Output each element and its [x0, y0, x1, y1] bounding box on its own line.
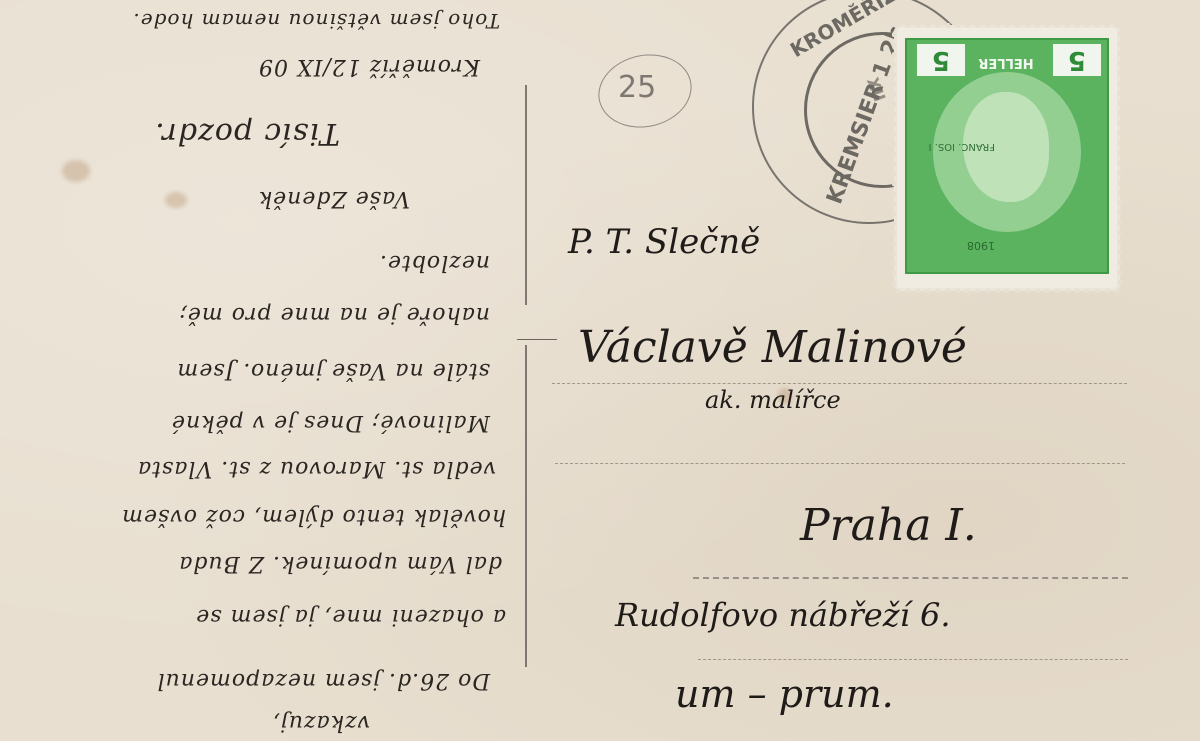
- stamp-design: 5 5 HELLER 1908 FRANC. IOS. I: [905, 38, 1109, 274]
- message-line: Vaše Zdeněk: [258, 186, 410, 211]
- address-city: Praha I.: [800, 500, 977, 551]
- divider-tick: [517, 339, 557, 340]
- address-name: Václavě Malinové: [578, 322, 967, 373]
- postage-stamp: 5 5 HELLER 1908 FRANC. IOS. I: [897, 28, 1117, 288]
- message-line: dal Vám upomínek. Z Buda: [178, 551, 502, 576]
- message-line: nezlobte.: [379, 250, 490, 275]
- stamp-value: 5: [1053, 44, 1101, 76]
- stamp-year: 1908: [967, 239, 995, 252]
- message-line: a ohazeni mne, ja jsem se: [195, 604, 506, 629]
- message-line: nahoře je na mne pro mě;: [178, 302, 490, 327]
- stamp-portrait-name: FRANC. IOS. I: [929, 140, 995, 152]
- pencil-note: 25: [618, 70, 656, 105]
- message-area: vzkazuj, Do 26.d. jsem nezapomenul a oha…: [0, 0, 520, 741]
- stamp-denomination: HELLER: [971, 55, 1041, 70]
- address-salutation: P. T. Slečně: [568, 222, 760, 262]
- address-dotted-line: [555, 463, 1125, 464]
- message-line: Toho jsem většinou nemam hode.: [132, 9, 500, 33]
- divider-line: [525, 85, 527, 305]
- address-street: Rudolfovo nábřeží 6.: [615, 596, 951, 634]
- address-dotted-line: [698, 659, 1128, 660]
- message-line: vedla st. Marovou z st. Vlasta: [137, 456, 496, 481]
- message-signature: Tisíc pozdr.: [154, 116, 340, 151]
- message-line: vzkazuj,: [272, 710, 370, 735]
- message-line: hovělak tento dýlem, což ovšem: [121, 504, 506, 529]
- message-line: Malinové; Dnes je v pěkné: [171, 410, 490, 435]
- address-title: ak. malířce: [705, 386, 841, 414]
- postcard: vzkazuj, Do 26.d. jsem nezapomenul a oha…: [0, 0, 1200, 741]
- message-line: Do 26.d. jsem nezapomenul: [157, 668, 490, 693]
- message-line: stále na Vaše jméno. Jsem: [176, 358, 490, 383]
- address-note: um – prum.: [675, 672, 894, 716]
- address-dotted-line: [552, 383, 1127, 384]
- stamp-value: 5: [917, 44, 965, 76]
- message-date: Kroměříž 12/IX 09: [258, 54, 480, 79]
- divider-line: [525, 345, 527, 667]
- address-dotted-line: [693, 577, 1128, 579]
